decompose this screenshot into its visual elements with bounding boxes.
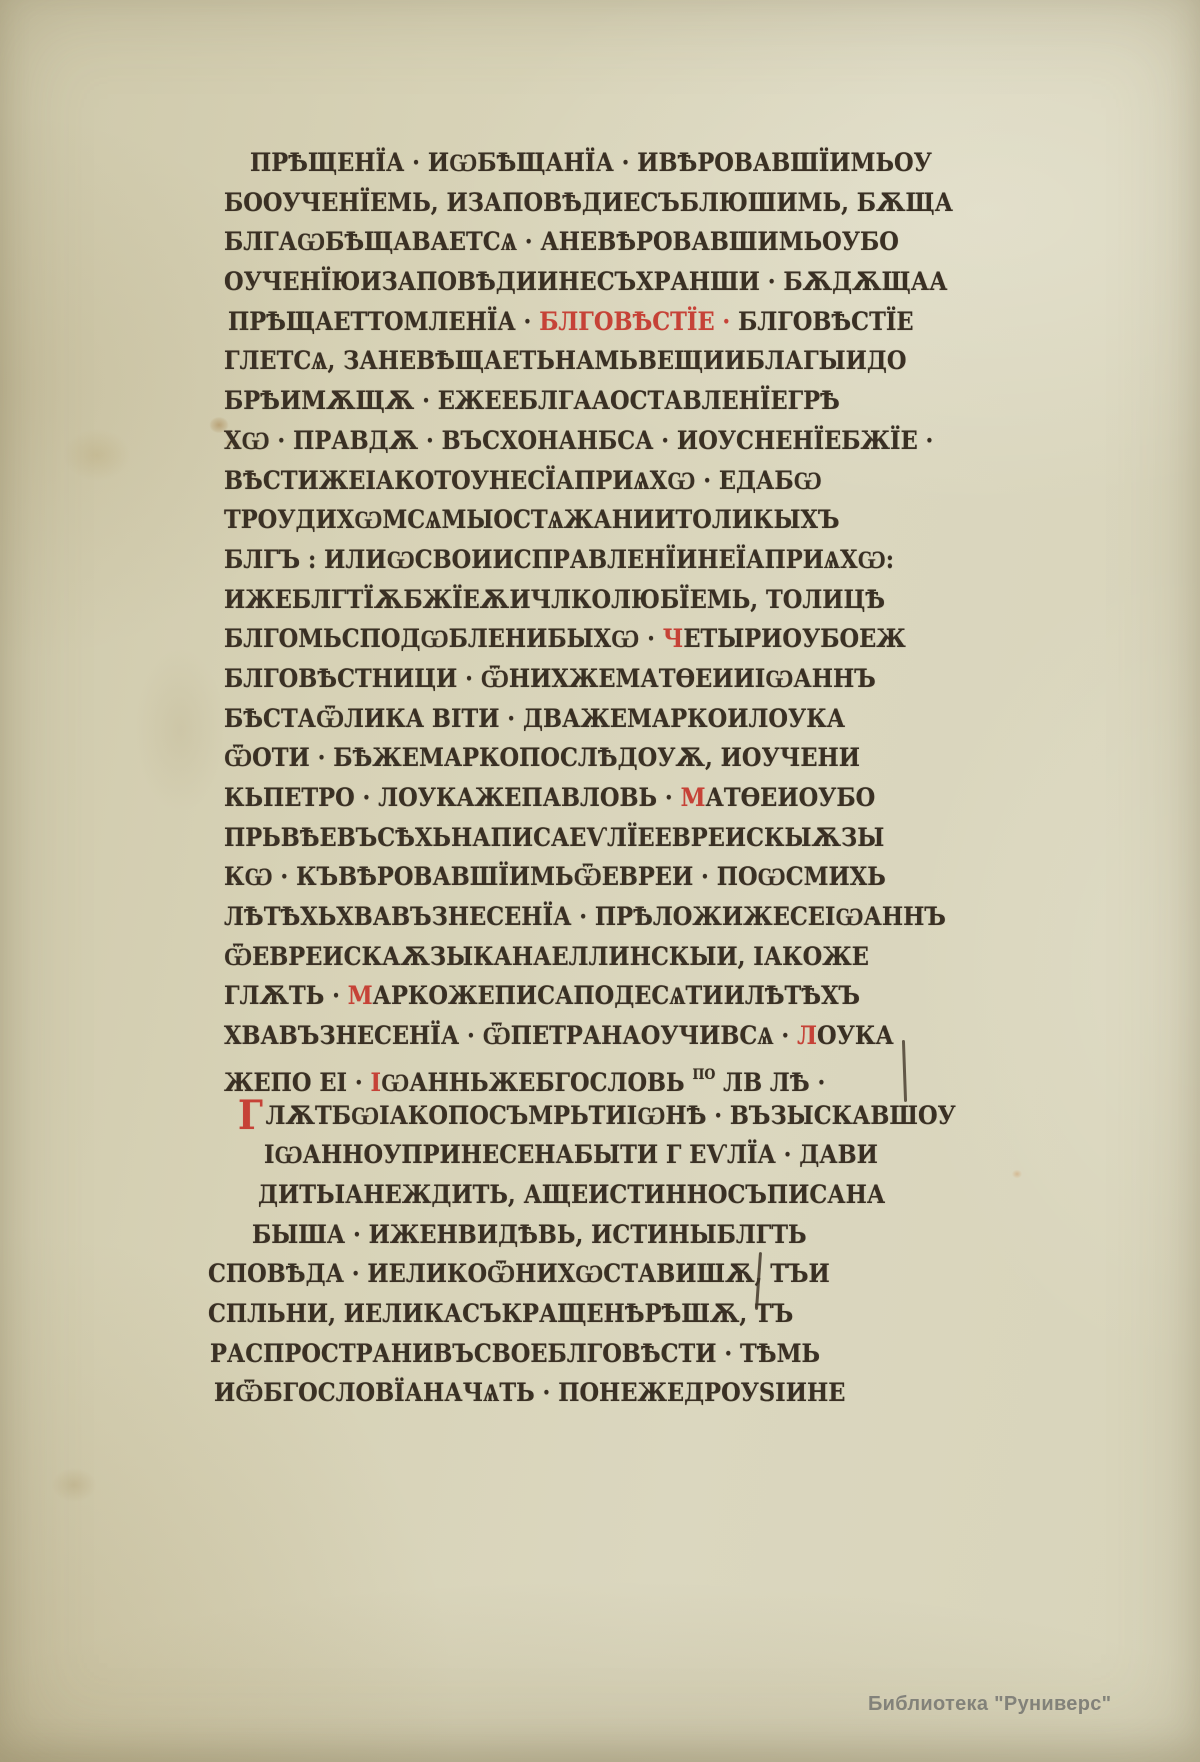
text-segment: етыриоубоеж bbox=[683, 624, 905, 653]
text-line: дитьıанеждить, ащеистинносъписана bbox=[258, 1175, 866, 1215]
text-line: блгомьсподѡбленибыхѡ · четыриоубоеж bbox=[224, 619, 863, 659]
superscript-segment: по bbox=[692, 1067, 715, 1083]
text-segment: ижеблгтїѫбжїеѫичлколюбїемь, толицѣ bbox=[224, 585, 885, 614]
text-segment: прьвѣевъсѣхьнаписаеѵлїеевреискыѫзы bbox=[224, 823, 884, 852]
rubric-initial: г bbox=[238, 1092, 263, 1139]
rubric-segment: блговѣстїе · bbox=[539, 307, 738, 336]
text-segment: атѳеиоубо bbox=[706, 783, 876, 812]
text-segment: блгаѡбѣщаваетсѧ · аневѣровавшимьоубо bbox=[224, 227, 899, 256]
text-line: бѣстаѿлика віти · дважемаркоилоука bbox=[224, 699, 863, 739]
text-segment: распространивъсвоеблговѣсти · тѣмь bbox=[210, 1339, 820, 1368]
text-segment: аркожеписаподесѧтиилѣтѣхъ bbox=[373, 981, 860, 1010]
text-segment: блговѣстници · ѿнихжематѳеииіѡаннъ bbox=[224, 664, 876, 693]
text-line: блгаѡбѣщаваетсѧ · аневѣровавшимьоубо bbox=[224, 222, 863, 262]
text-line: лѣтѣхьхвавъзнесенїа · прѣложижесеіѡаннъ bbox=[224, 897, 863, 937]
text-segment: прѣщенїа · иѡбѣщанїа · ивѣровавшїимьоу bbox=[250, 148, 932, 177]
text-segment: кѡ · къвѣровавшїимьѿевреи · поѡсмихь bbox=[224, 862, 886, 891]
text-segment: быша · иженвидѣвь, истиныблгть bbox=[252, 1220, 807, 1249]
text-segment: вѣстижеıакотоунесїаприѧхѡ · едабѡ bbox=[224, 466, 822, 495]
text-segment: дитьıанеждить, ащеистинносъписана bbox=[258, 1180, 885, 1209]
text-segment: иѿбгословїаначѧть · понежедроуѕіине bbox=[214, 1378, 845, 1407]
text-line: брѣимѫщѫ · ежееблгааоставленїегрѣ bbox=[224, 381, 863, 421]
text-segment: ѡанньжебгословь bbox=[381, 1068, 692, 1097]
text-segment: сповѣда · иеликоѿнихѡставишѫ, тъи bbox=[208, 1259, 830, 1288]
text-segment: хѡ · правдѫ · въсхонанбса · иоусненїебжї… bbox=[224, 426, 933, 455]
parchment-stain bbox=[44, 1462, 104, 1508]
text-line: бооученїемь, изаповѣдиесъблюшимь, бѫща bbox=[224, 183, 863, 223]
library-watermark: Библиотека "Руниверс" bbox=[868, 1693, 1111, 1716]
text-segment: ѿевреискаѫзыканаеллинскыи, ıакоже bbox=[224, 942, 869, 971]
text-segment: брѣимѫщѫ · ежееблгааоставленїегрѣ bbox=[224, 386, 840, 415]
text-line: прѣщенїа · иѡбѣщанїа · ивѣровавшїимьоу bbox=[250, 143, 866, 183]
rubric-segment: м bbox=[681, 783, 706, 812]
text-line: кьпетро · лоукажепавловь · матѳеиоубо bbox=[224, 778, 863, 818]
text-segment: блгъ : илиѡсвоиисправленїинеїаприѧхѡ: bbox=[224, 545, 894, 574]
text-segment: глѫть · bbox=[224, 981, 348, 1010]
text-line: жепо еі · іѡанньжебгословь по лв лѣ · bbox=[224, 1056, 863, 1096]
text-line: хѡ · правдѫ · въсхонанбса · иоусненїебжї… bbox=[224, 421, 863, 461]
text-line: глѫть · маркожеписаподесѧтиилѣтѣхъ bbox=[224, 976, 863, 1016]
text-line: ижеблгтїѫбжїеѫичлколюбїемь, толицѣ bbox=[224, 580, 863, 620]
rubric-segment: л bbox=[797, 1021, 817, 1050]
text-line: ѿоти · бѣжемаркопослѣдоуѫ, иоучени bbox=[224, 738, 863, 778]
manuscript-page: прѣщенїа · иѡбѣщанїа · ивѣровавшїимьоубо… bbox=[0, 0, 1200, 1762]
text-segment: бооученїемь, изаповѣдиесъблюшимь, бѫща bbox=[224, 188, 953, 217]
parchment-stain bbox=[52, 420, 142, 490]
text-segment: лѫтбѡıакопосъмрьтиіѡнѣ · възыскавшоу bbox=[266, 1101, 956, 1130]
text-line: прьвѣевъсѣхьнаписаеѵлїеевреискыѫзы bbox=[224, 818, 863, 858]
text-segment: прѣщаеттомленїа · bbox=[228, 307, 539, 336]
rubric-segment: ч bbox=[663, 624, 684, 653]
text-line: кѡ · къвѣровавшїимьѿевреи · поѡсмихь bbox=[224, 857, 863, 897]
text-line: іѡанноупринесенабыти г еѵлїа · дави bbox=[264, 1135, 867, 1175]
text-line: спльни, иеликасъкращенѣрѣшѫ, тъ bbox=[208, 1294, 861, 1334]
text-block: прѣщенїа · иѡбѣщанїа · ивѣровавшїимьоубо… bbox=[224, 143, 934, 1413]
text-segment: іѡанноупринесенабыти г еѵлїа · дави bbox=[264, 1140, 878, 1169]
text-segment: бѣстаѿлика віти · дважемаркоилоука bbox=[224, 704, 845, 733]
text-segment: оука bbox=[817, 1021, 894, 1050]
text-line: хвавъзнесенїа · ѿпетранаоучивсѧ · лоука bbox=[224, 1016, 863, 1056]
text-segment: блговѣстїе bbox=[738, 307, 913, 336]
parchment-stain bbox=[120, 620, 240, 840]
rubric-segment: м bbox=[348, 981, 373, 1010]
text-segment: лв лѣ · bbox=[715, 1068, 825, 1097]
text-line: распространивъсвоеблговѣсти · тѣмь bbox=[210, 1334, 862, 1374]
text-segment: блгомьсподѡбленибыхѡ · bbox=[224, 624, 663, 653]
text-line: троудихѡмсѧмыостѧжаниитоликыхъ bbox=[224, 500, 863, 540]
text-line: оученїюизаповѣдиинесъхранши · бѫдѫщаа bbox=[224, 262, 863, 302]
text-line: сповѣда · иеликоѿнихѡставишѫ, тъи bbox=[208, 1254, 861, 1294]
text-line: ѿевреискаѫзыканаеллинскыи, ıакоже bbox=[224, 937, 863, 977]
rubric-segment: і bbox=[371, 1068, 382, 1097]
text-segment: хвавъзнесенїа · ѿпетранаоучивсѧ · bbox=[224, 1021, 797, 1050]
text-line: блговѣстници · ѿнихжематѳеииіѡаннъ bbox=[224, 659, 863, 699]
text-segment: спльни, иеликасъкращенѣрѣшѫ, тъ bbox=[208, 1299, 793, 1328]
text-line: глѫтбѡıакопосъмрьтиіѡнѣ · възыскавшоу bbox=[238, 1096, 864, 1136]
text-segment: лѣтѣхьхвавъзнесенїа · прѣложижесеіѡаннъ bbox=[224, 902, 946, 931]
text-line: блгъ : илиѡсвоиисправленїинеїаприѧхѡ: bbox=[224, 540, 863, 580]
text-segment: троудихѡмсѧмыостѧжаниитоликыхъ bbox=[224, 505, 839, 534]
text-segment: глетсѧ, заневѣщаетьнамьвещииблагыидо bbox=[224, 346, 907, 375]
text-segment: оученїюизаповѣдиинесъхранши · бѫдѫщаа bbox=[224, 267, 947, 296]
text-segment: ѿоти · бѣжемаркопослѣдоуѫ, иоучени bbox=[224, 743, 860, 772]
text-segment: кьпетро · лоукажепавловь · bbox=[224, 783, 681, 812]
text-line: вѣстижеıакотоунесїаприѧхѡ · едабѡ bbox=[224, 461, 863, 501]
text-line: глетсѧ, заневѣщаетьнамьвещииблагыидо bbox=[224, 341, 863, 381]
text-line: прѣщаеттомленїа · блговѣстїе · блговѣстї… bbox=[228, 302, 863, 342]
text-line: иѿбгословїаначѧть · понежедроуѕіине bbox=[214, 1373, 862, 1413]
text-line: быша · иженвидѣвь, истиныблгть bbox=[252, 1215, 866, 1255]
parchment-stain bbox=[1010, 1168, 1024, 1180]
